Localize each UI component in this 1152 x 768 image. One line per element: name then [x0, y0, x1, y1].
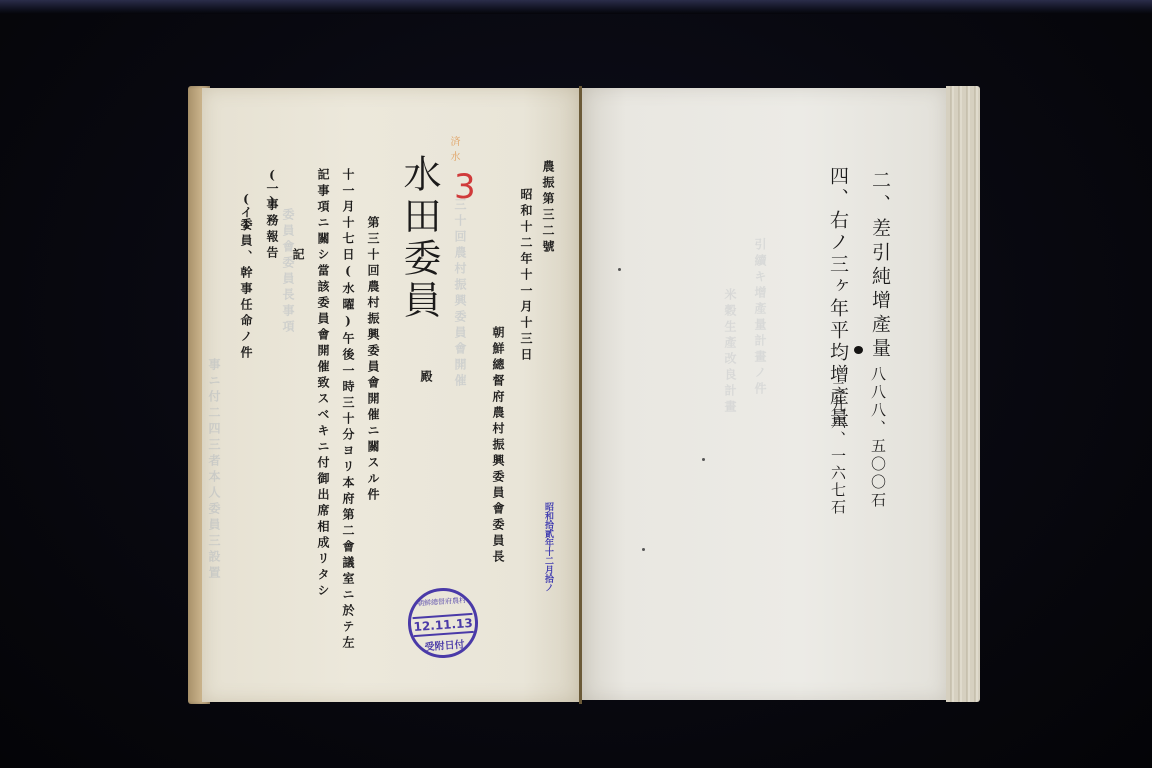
- document-number: 農振第三二號: [542, 160, 554, 256]
- document-date: 昭和十二年十一月十三日: [520, 188, 532, 364]
- item-1-label: 事務報告: [266, 198, 278, 262]
- postmark-date: 12.11.13: [413, 613, 474, 637]
- paper-speck: [618, 268, 621, 271]
- open-book: 三十回農村振興委員會開催 委員會委員長事項 事ニ付二四三者本人委員三設置 農振第…: [188, 86, 990, 706]
- red-annotation: 3: [454, 170, 476, 204]
- addressee-handwritten: 水田委員: [400, 154, 438, 322]
- postmark-bottom-text: 受附日付: [420, 635, 469, 653]
- subject-line: 第三十回農村振興委員會開催ニ關スル件: [367, 216, 379, 504]
- honorific: 殿: [420, 370, 432, 386]
- bleed-through-text: 委員會委員長事項: [280, 208, 297, 336]
- left-page: 三十回農村振興委員會開催 委員會委員長事項 事ニ付二四三者本人委員三設置 農振第…: [202, 88, 580, 702]
- handwritten-line-1-value: 八八八、五〇〇石: [870, 366, 885, 510]
- orange-annotation: 済 水: [446, 136, 461, 162]
- body-line-2: 記事項ニ關シ當該委員會開催致スベキニ付御出席相成リタシ: [317, 168, 329, 600]
- right-page: 引續キ增產量計畫ノ件 米穀生產改良計畫 二、差引純增產量 八八八、五〇〇石 四、…: [582, 88, 946, 700]
- item-i-label: 委員、幹事任命ノ件: [240, 218, 252, 362]
- paper-speck: [642, 548, 645, 551]
- ki-heading: 記: [292, 248, 304, 264]
- ink-blot: [854, 346, 863, 354]
- handwritten-line-2-value: 二九六、一六七石: [830, 380, 845, 516]
- body-line-1: 十一月十七日(水曜)午後一時三十分ヨリ本府第二會議室ニ於テ左: [342, 168, 354, 652]
- page-edges: [946, 86, 980, 702]
- bleed-through-text: 米穀生產改良計畫: [722, 288, 739, 416]
- postmark-top-text: 朝鮮總督府農村: [415, 595, 468, 609]
- sender: 朝鮮總督府農村振興委員會委員長: [492, 326, 504, 566]
- paper-speck: [702, 458, 705, 461]
- circular-postmark: 朝鮮總督府農村 12.11.13 受附日付: [406, 586, 481, 661]
- bleed-through-text: 三十回農村振興委員會開催: [452, 198, 469, 390]
- received-date-stamp: 昭和拾貳年十二月拾ノ: [542, 502, 555, 592]
- background-top-strip: [0, 0, 1152, 14]
- bleed-through-text: 事ニ付二四三者本人委員三設置: [206, 358, 223, 582]
- handwritten-line-1: 二、差引純增產量: [870, 170, 889, 362]
- bleed-through-text: 引續キ增產量計畫ノ件: [752, 238, 769, 398]
